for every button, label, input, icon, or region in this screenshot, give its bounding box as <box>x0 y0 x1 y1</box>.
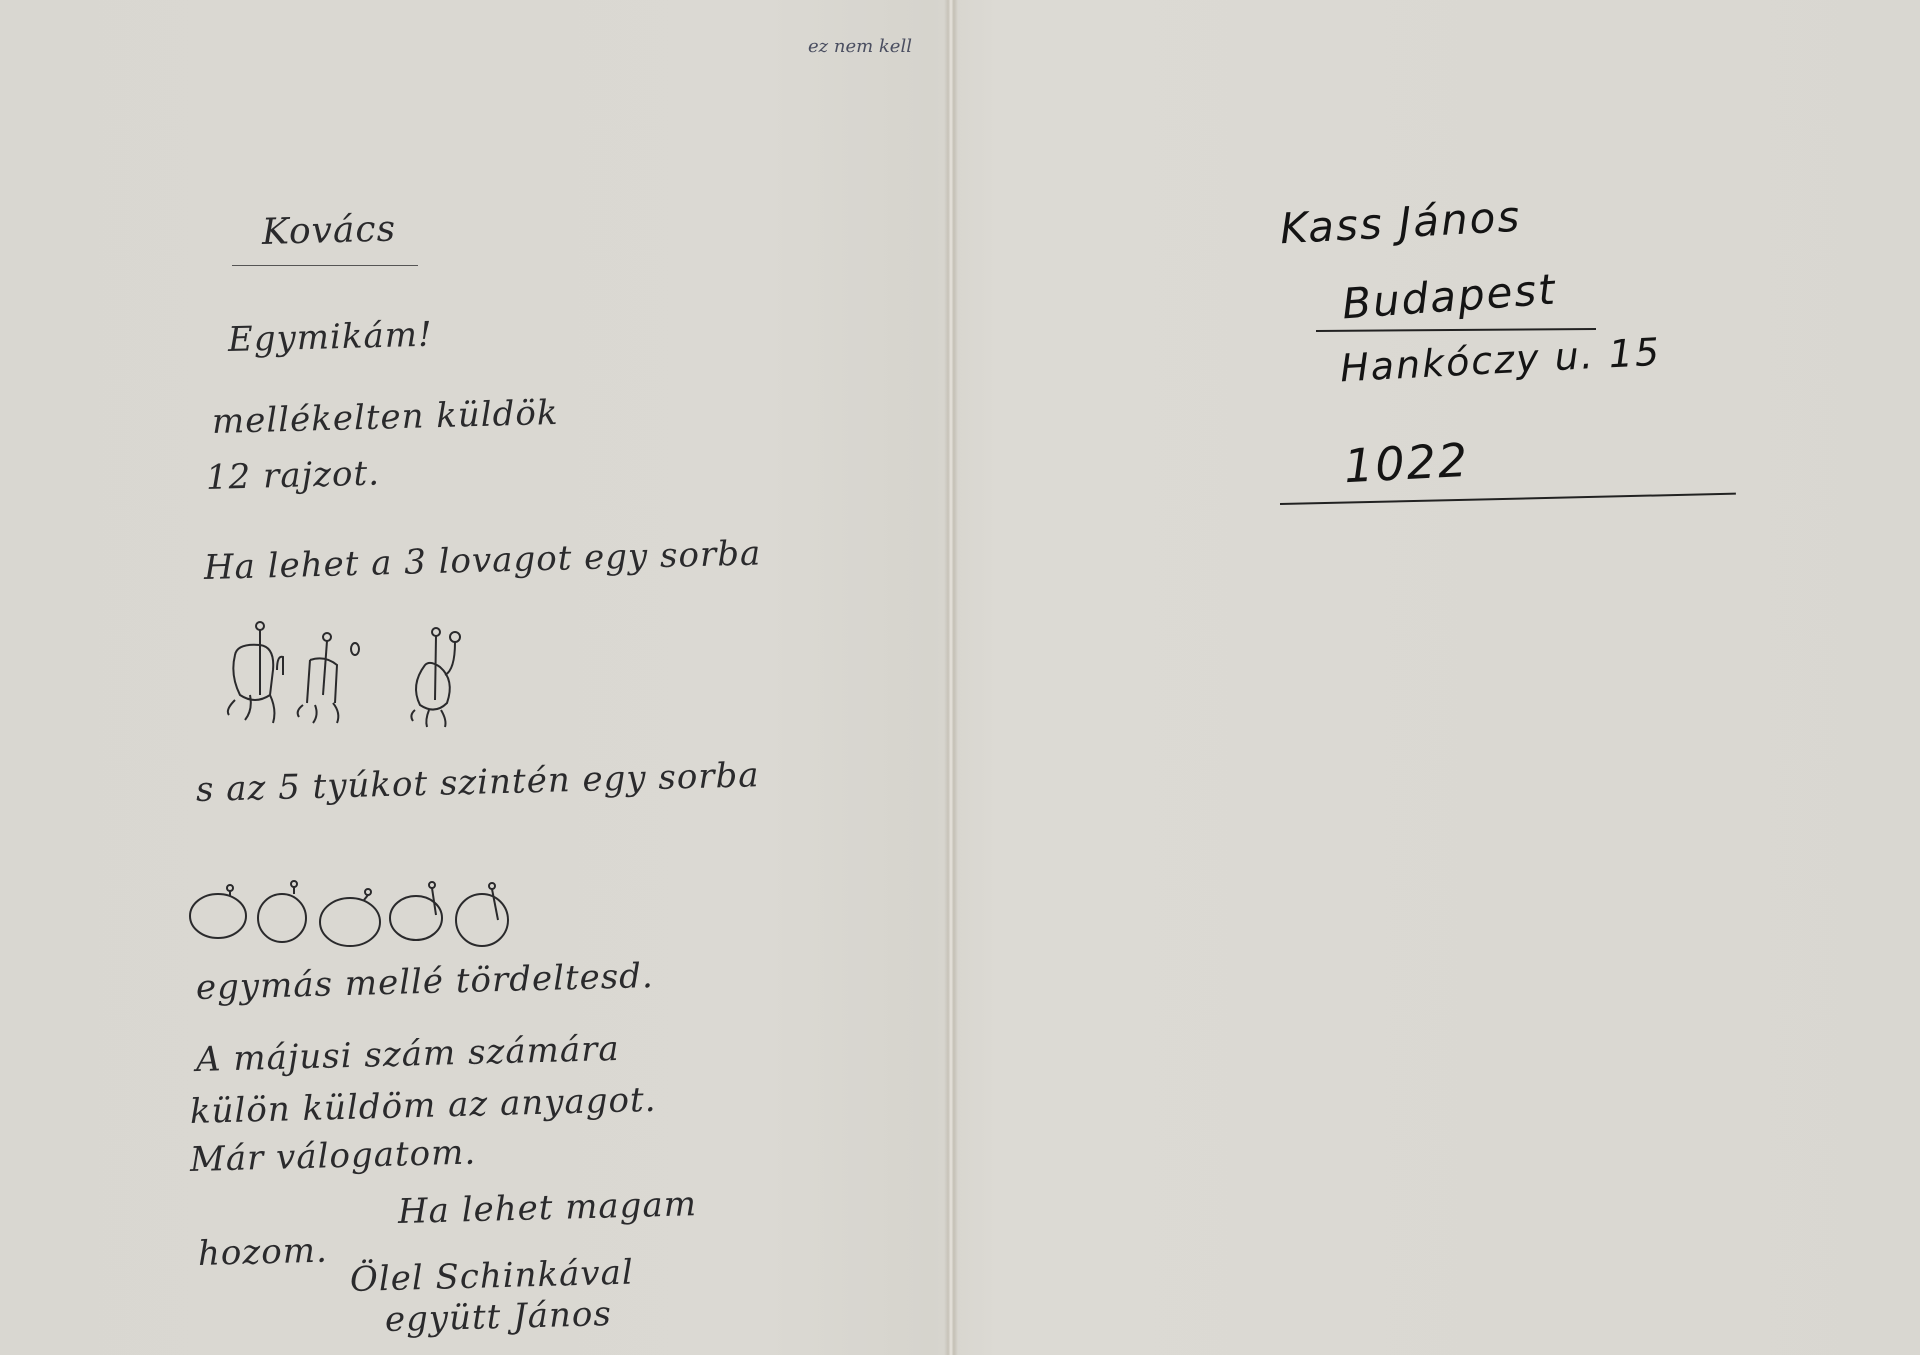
recipient-postal-code: 1022 <box>1343 433 1471 493</box>
center-fold <box>944 0 958 1355</box>
address-bottom-rule <box>1280 493 1736 505</box>
letter-line-4: s az 5 tyúkot szintén egy sorba <box>195 755 760 810</box>
five-hens-sketch <box>188 870 548 950</box>
city-underline <box>1316 328 1596 332</box>
top-note: ez nem kell <box>808 36 912 57</box>
closing-line-2: Ölel Schinkával <box>349 1253 634 1300</box>
three-knights-sketch <box>215 615 475 730</box>
letter-line-3: Ha lehet a 3 lovagot egy sorba <box>203 533 761 588</box>
letter-sheet: ez nem kell Kovács Egymikám! mellékelten… <box>0 0 1920 1355</box>
letter-line-7: külön küldöm az anyagot. <box>189 1080 656 1132</box>
letter-line-1: mellékelten küldök <box>211 393 558 442</box>
recipient-city: Budapest <box>1341 265 1559 329</box>
recipient-street: Hankóczy u. 15 <box>1339 330 1662 391</box>
letter-line-8: Már válogatom. <box>189 1133 476 1180</box>
closing-line-1b: hozom. <box>197 1231 328 1274</box>
heading-underline <box>232 265 418 266</box>
signature: együtt János <box>384 1294 612 1340</box>
letter-line-5: egymás mellé tördeltesd. <box>195 956 654 1008</box>
closing-line-1: Ha lehet magam <box>397 1184 697 1232</box>
salutation: Egymikám! <box>227 315 433 360</box>
letter-heading: Kovács <box>261 208 396 252</box>
letter-line-6: A májusi szám számára <box>195 1029 620 1080</box>
letter-line-2: 12 rajzot. <box>205 453 380 498</box>
recipient-name: Kass János <box>1279 192 1522 254</box>
